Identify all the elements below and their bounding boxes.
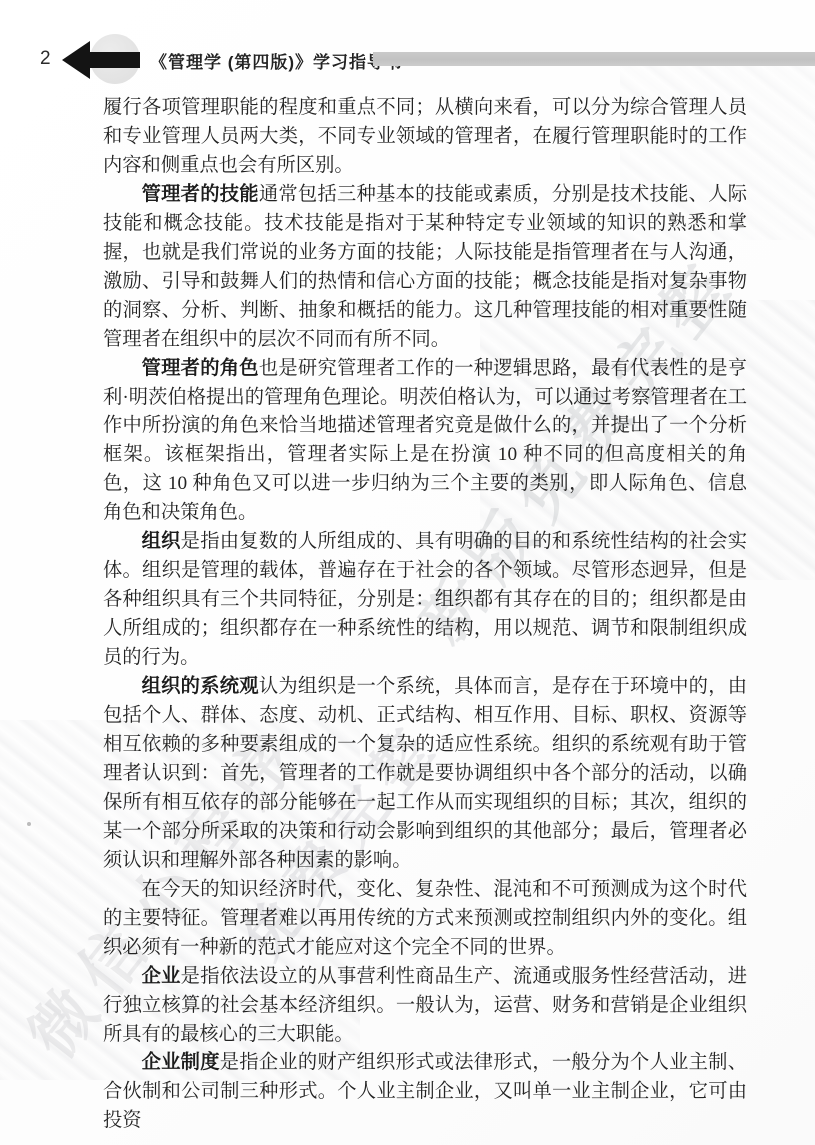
paragraph: 企业制度是指企业的财产组织形式或法律形式，一般分为个人业主制、合伙制和公司制三种… bbox=[103, 1049, 747, 1136]
header-rule-bar bbox=[373, 52, 815, 66]
left-arrow-icon bbox=[62, 41, 140, 79]
book-title: 《管理学 (第四版)》学习指导书 bbox=[150, 48, 403, 73]
paragraph-lead-term: 管理者的技能 bbox=[142, 184, 259, 205]
paragraph: 在今天的知识经济时代，变化、复杂性、混沌和不可预测成为这个时代的主要特征。管理者… bbox=[103, 876, 747, 963]
paragraph-lead-term: 管理者的角色 bbox=[142, 358, 259, 379]
paragraph: 组织的系统观认为组织是一个系统，具体而言，是存在于环境中的，由包括个人、群体、态… bbox=[103, 673, 747, 876]
paragraph: 管理者的角色也是研究管理者工作的一种逻辑思路，最有代表性的是亨利·明茨伯格提出的… bbox=[103, 355, 747, 529]
paragraph: 组织是指由复数的人所组成的、具有明确的目的和系统性结构的社会实体。组织是管理的载… bbox=[103, 528, 747, 673]
paragraph-text: 是指由复数的人所组成的、具有明确的目的和系统性结构的社会实体。组织是管理的载体，… bbox=[103, 531, 747, 668]
paragraph-text: 也是研究管理者工作的一种逻辑思路，最有代表性的是亨利·明茨伯格提出的管理角色理论… bbox=[103, 358, 747, 524]
paragraph-lead-term: 企业 bbox=[142, 966, 181, 987]
paragraph: 履行各项管理职能的程度和重点不同；从横向来看，可以分为综合管理人员和专业管理人员… bbox=[103, 94, 747, 181]
back-arrow-icon bbox=[62, 32, 152, 88]
paragraph-text: 认为组织是一个系统，具体而言，是存在于环境中的，由包括个人、群体、态度、动机、正… bbox=[103, 676, 747, 871]
content: 履行各项管理职能的程度和重点不同；从横向来看，可以分为综合管理人员和专业管理人员… bbox=[103, 94, 747, 1136]
page-number: 2 bbox=[40, 48, 51, 70]
paragraph-lead-term: 组织的系统观 bbox=[142, 676, 259, 697]
page-header: 2 《管理学 (第四版)》学习指导书 bbox=[0, 36, 815, 84]
paragraph: 管理者的技能通常包括三种基本的技能或素质，分别是技术技能、人际技能和概念技能。技… bbox=[103, 181, 747, 355]
paragraph-lead-term: 组织 bbox=[142, 531, 181, 552]
paragraph: 企业是指依法设立的从事营利性商品生产、流通或服务性经营活动，进行独立核算的社会基… bbox=[103, 963, 747, 1050]
paragraph-text: 通常包括三种基本的技能或素质，分别是技术技能、人际技能和概念技能。技术技能是指对… bbox=[103, 184, 747, 350]
scan-speck bbox=[27, 822, 31, 826]
paragraph-text: 履行各项管理职能的程度和重点不同；从横向来看，可以分为综合管理人员和专业管理人员… bbox=[103, 97, 747, 176]
paragraph-text: 在今天的知识经济时代，变化、复杂性、混沌和不可预测成为这个时代的主要特征。管理者… bbox=[103, 879, 747, 958]
paragraph-text: 是指依法设立的从事营利性商品生产、流通或服务性经营活动，进行独立核算的社会基本经… bbox=[103, 966, 747, 1045]
paragraph-lead-term: 企业制度 bbox=[142, 1052, 220, 1073]
scanned-book-page: 新版免费完整微信小程序免费完整 2 《管理学 (第四版)》学习指导书 履行各项管… bbox=[0, 0, 815, 1145]
